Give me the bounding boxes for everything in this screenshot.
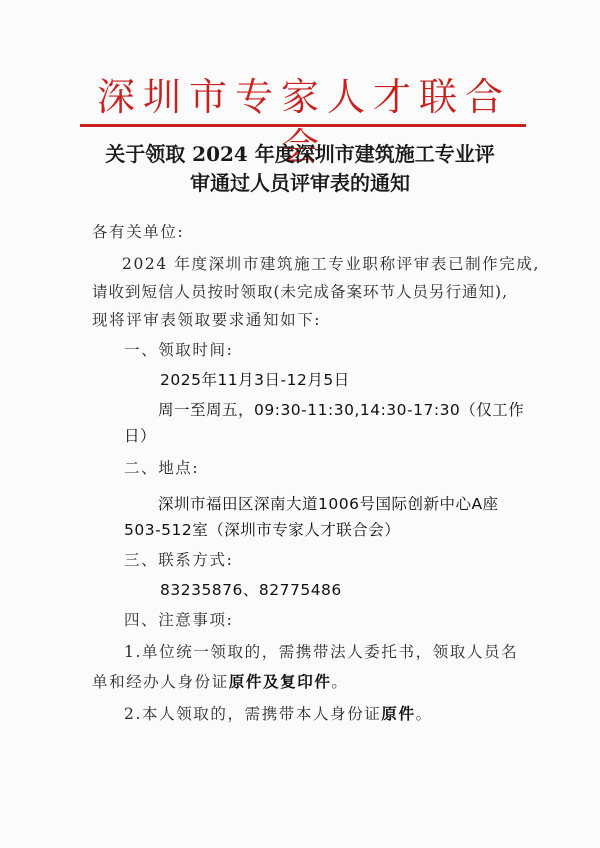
note-1-line-2: 单和经办人身份证原件及复印件。 [92, 672, 349, 692]
salutation: 各有关单位: [92, 222, 184, 242]
document-page: 深圳市专家人才联合会 关于领取 2024 年度深圳市建筑施工专业评 审通过人员评… [0, 0, 600, 848]
intro-line-2: 请收到短信人员按时领取(未完成备案环节人员另行通知), [92, 282, 508, 302]
title-line-2: 审通过人员评审表的通知 [60, 169, 540, 198]
intro-line-3: 现将评审表领取要求通知如下: [92, 310, 321, 330]
note-1-text: 单和经办人身份证 [92, 673, 229, 691]
section-1-heading: 一、领取时间: [124, 340, 233, 360]
section-3-heading: 三、联系方式: [124, 550, 233, 570]
notice-title: 关于领取 2024 年度深圳市建筑施工专业评 审通过人员评审表的通知 [60, 140, 540, 198]
contact-phones: 83235876、82775486 [160, 580, 342, 600]
pickup-hours: 周一至周五，09:30-11:30,14:30-17:30（仅工作 [158, 400, 524, 420]
address-line-1: 深圳市福田区深南大道1006号国际创新中心A座 [158, 494, 499, 514]
intro-line-1: 2024 年度深圳市建筑施工专业职称评审表已制作完成, [122, 254, 540, 274]
note-2-text: 2.本人领取的，需携带本人身份证 [124, 705, 381, 723]
address-line-2: 503-512室（深圳市专家人才联合会） [124, 520, 400, 540]
letterhead-divider [80, 124, 526, 127]
note-1-period: 。 [331, 673, 348, 691]
note-2: 2.本人领取的，需携带本人身份证原件。 [124, 704, 433, 724]
section-4-heading: 四、注意事项: [124, 610, 233, 630]
section-2-heading: 二、地点: [124, 458, 199, 478]
title-line-1: 关于领取 2024 年度深圳市建筑施工专业评 [60, 140, 540, 169]
note-2-period: 。 [416, 705, 433, 723]
note-1-line-1: 1.单位统一领取的，需携带法人委托书，领取人员名 [124, 642, 518, 662]
pickup-hours-cont: 日） [124, 426, 156, 446]
pickup-date-range: 2025年11月3日-12月5日 [160, 370, 350, 390]
note-1-emphasis: 原件及复印件 [229, 672, 332, 691]
note-2-emphasis: 原件 [381, 704, 415, 723]
